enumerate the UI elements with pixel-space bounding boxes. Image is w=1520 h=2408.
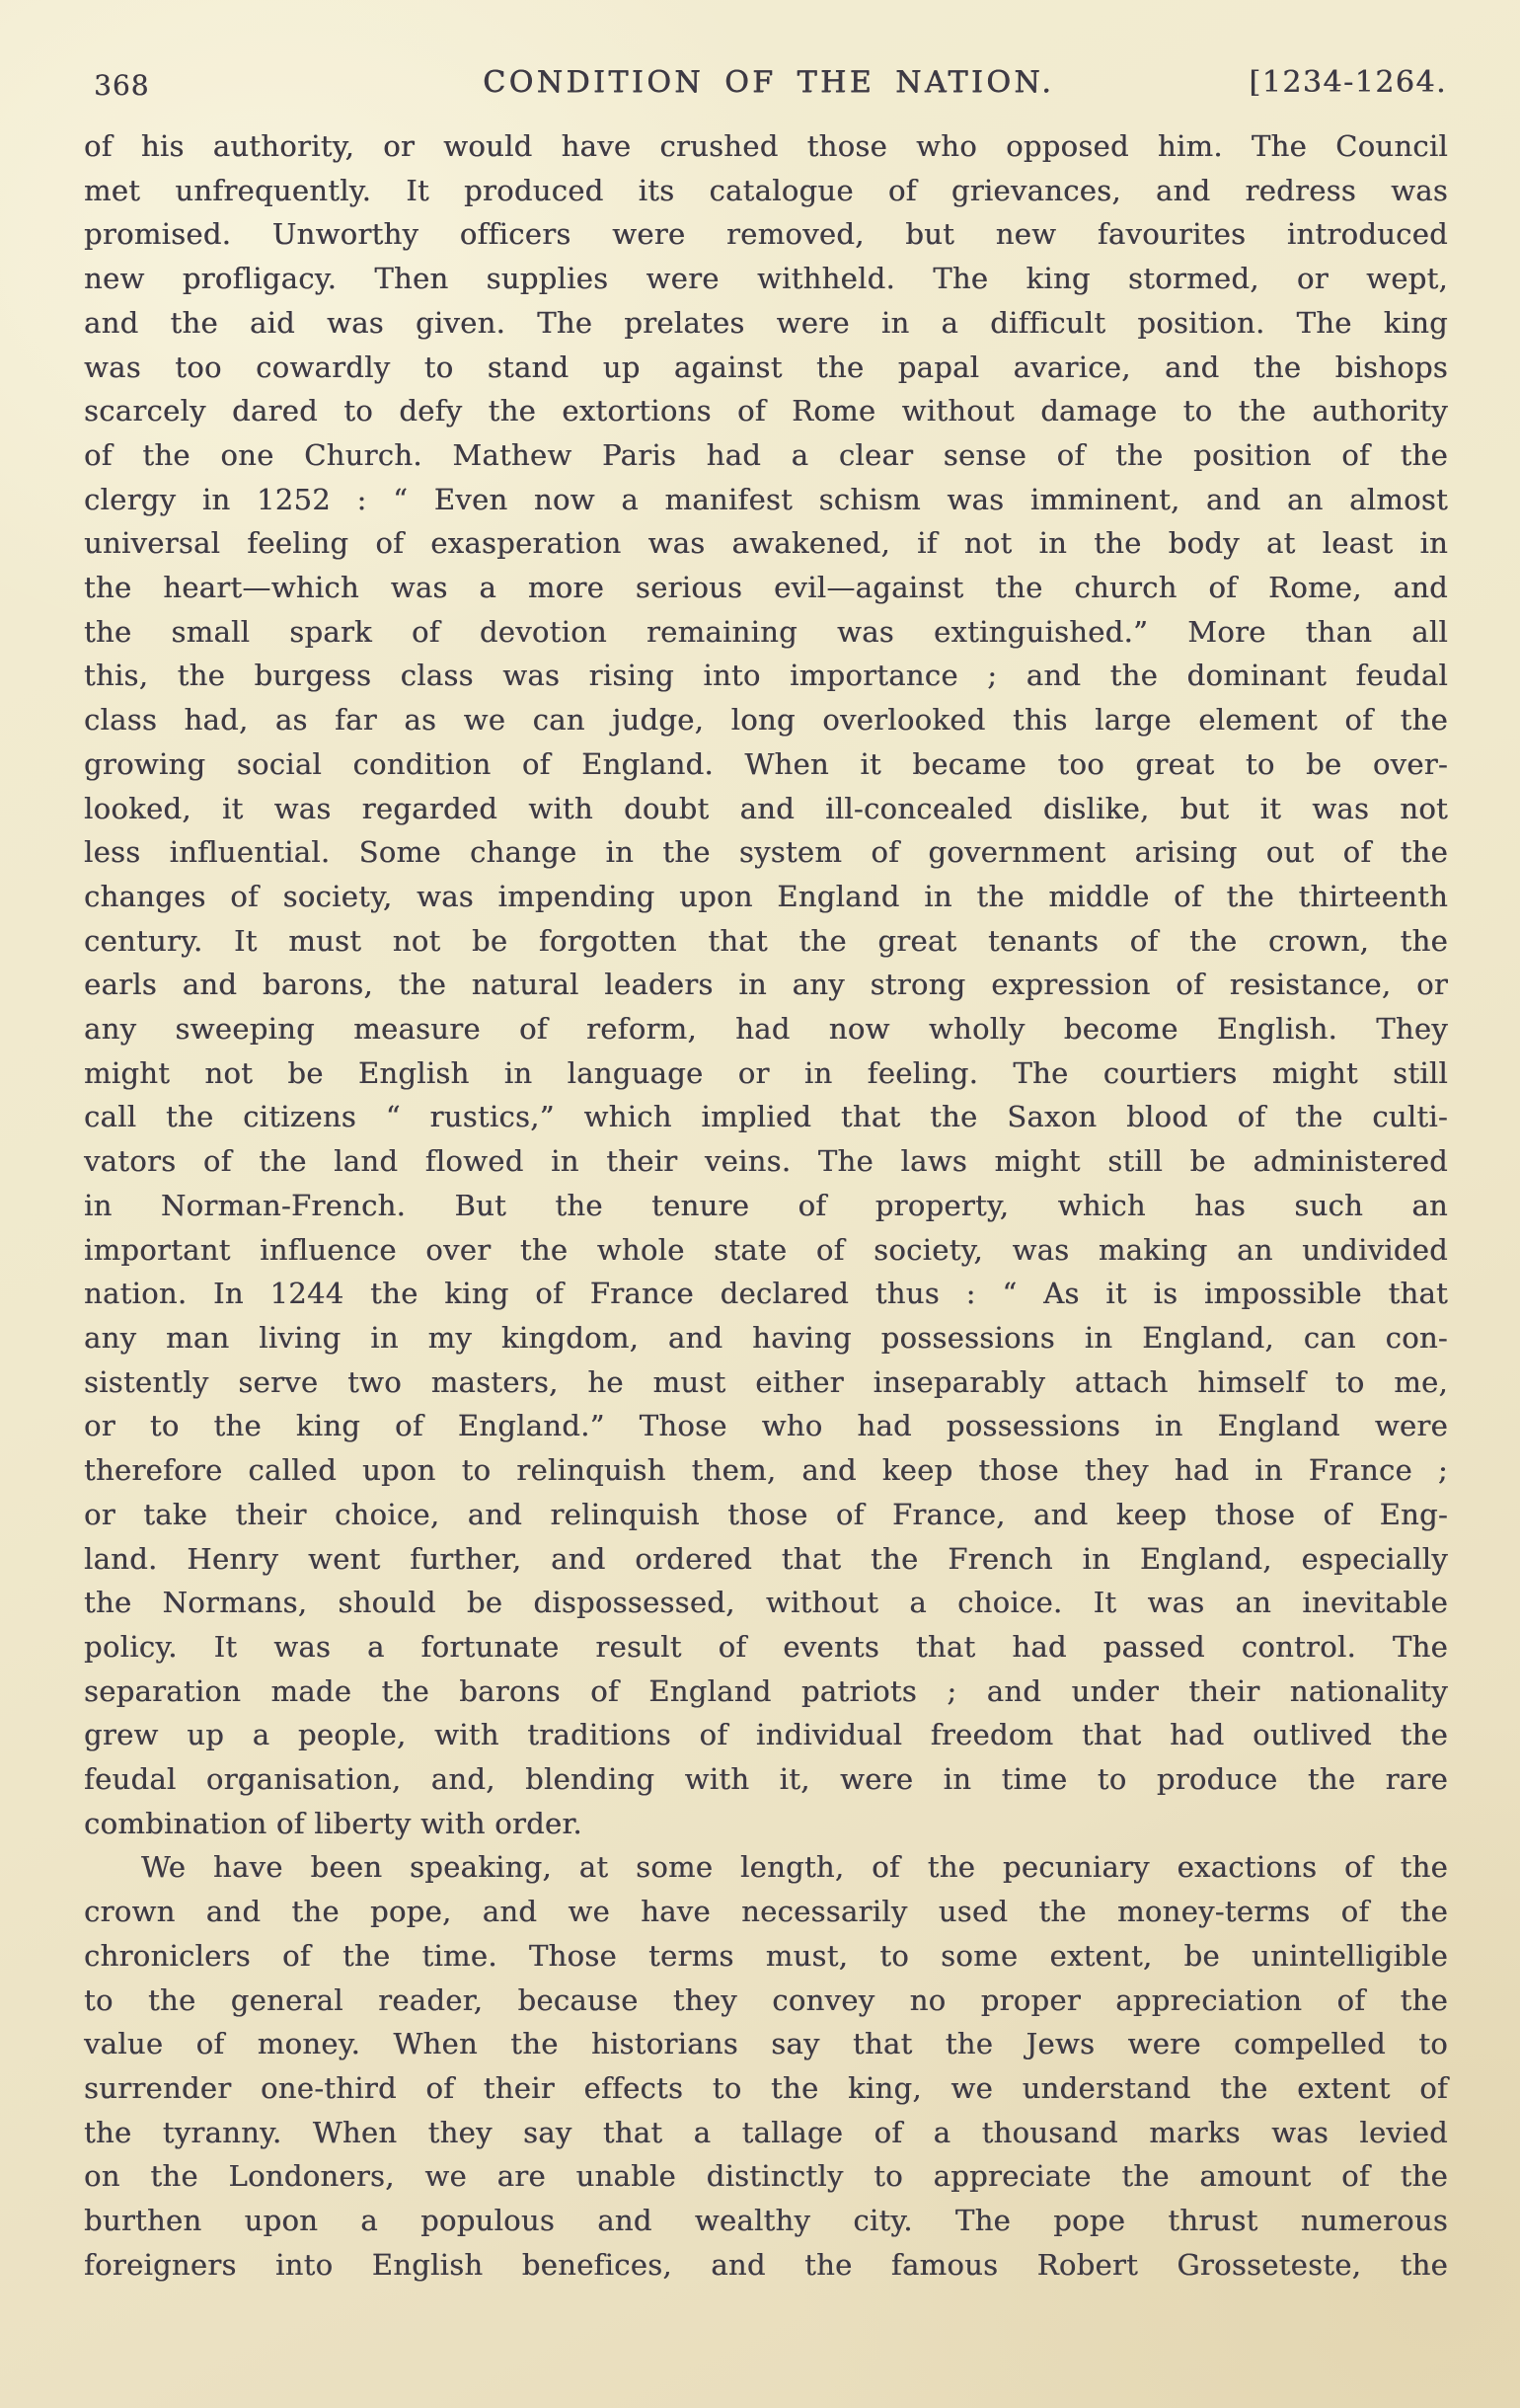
text-line: important influence over the whole state… [84, 1228, 1448, 1273]
text-line: grew up a people, with traditions of ind… [84, 1713, 1448, 1757]
book-page: 368 CONDITION OF THE NATION. [1234-1264.… [0, 0, 1520, 2408]
text-line: the small spark of devotion remaining wa… [84, 610, 1448, 655]
text-line: call the citizens “ rustics,” which impl… [84, 1095, 1448, 1139]
text-line: on the Londoners, we are unable distinct… [84, 2154, 1448, 2199]
text-line: the heart—which was a more serious evil—… [84, 566, 1448, 610]
text-line: We have been speaking, at some length, o… [84, 1845, 1448, 1890]
text-line: any man living in my kingdom, and having… [84, 1316, 1448, 1360]
text-line: earls and barons, the natural leaders in… [84, 963, 1448, 1007]
text-line: feudal organisation, and, blending with … [84, 1757, 1448, 1802]
text-line: combination of liberty with order. [84, 1802, 1448, 1846]
text-line: therefore called upon to relinquish them… [84, 1448, 1448, 1493]
text-line: the tyranny. When they say that a tallag… [84, 2111, 1448, 2155]
header-date-range: [1234-1264. [1249, 65, 1447, 100]
text-line: in Norman-French. But the tenure of prop… [84, 1184, 1448, 1228]
text-line: surrender one-third of their effects to … [84, 2066, 1448, 2111]
text-line: new profligacy. Then supplies were withh… [84, 257, 1448, 301]
page-number: 368 [94, 69, 149, 102]
text-line: or to the king of England.” Those who ha… [84, 1404, 1448, 1448]
text-line: and the aid was given. The prelates were… [84, 301, 1448, 346]
text-line: to the general reader, because they conv… [84, 1979, 1448, 2023]
text-line: or take their choice, and relinquish tho… [84, 1493, 1448, 1537]
text-line: this, the burgess class was rising into … [84, 654, 1448, 698]
text-line: clergy in 1252 : “ Even now a manifest s… [84, 478, 1448, 522]
text-line: growing social condition of England. Whe… [84, 742, 1448, 787]
text-line: of his authority, or would have crushed … [84, 124, 1448, 169]
text-line: promised. Unworthy officers were removed… [84, 212, 1448, 257]
text-line: separation made the barons of England pa… [84, 1670, 1448, 1714]
text-line: looked, it was regarded with doubt and i… [84, 787, 1448, 831]
text-line: class had, as far as we can judge, long … [84, 698, 1448, 742]
page-header: 368 CONDITION OF THE NATION. [1234-1264. [0, 65, 1520, 109]
text-line: policy. It was a fortunate result of eve… [84, 1625, 1448, 1670]
text-line: any sweeping measure of reform, had now … [84, 1007, 1448, 1051]
text-line: foreigners into English benefices, and t… [84, 2243, 1448, 2288]
text-line: scarcely dared to defy the extortions of… [84, 389, 1448, 433]
text-line: crown and the pope, and we have necessar… [84, 1890, 1448, 1934]
text-line: changes of society, was impending upon E… [84, 875, 1448, 919]
text-line: burthen upon a populous and wealthy city… [84, 2199, 1448, 2243]
text-line: value of money. When the historians say … [84, 2022, 1448, 2066]
text-line: of the one Church. Mathew Paris had a cl… [84, 433, 1448, 478]
text-line: vators of the land flowed in their veins… [84, 1139, 1448, 1184]
text-line: land. Henry went further, and ordered th… [84, 1537, 1448, 1582]
text-line: century. It must not be forgotten that t… [84, 919, 1448, 964]
text-line: might not be English in language or in f… [84, 1051, 1448, 1096]
text-line: sistently serve two masters, he must eit… [84, 1360, 1448, 1405]
text-line: nation. In 1244 the king of France decla… [84, 1272, 1448, 1316]
text-line: met unfrequently. It produced its catalo… [84, 169, 1448, 213]
running-title: CONDITION OF THE NATION. [483, 65, 1054, 100]
text-line: chroniclers of the time. Those terms mus… [84, 1934, 1448, 1979]
text-line: the Normans, should be dispossessed, wit… [84, 1581, 1448, 1625]
page-text: of his authority, or would have crushed … [84, 124, 1448, 2287]
text-line: universal feeling of exasperation was aw… [84, 521, 1448, 566]
text-line: was too cowardly to stand up against the… [84, 346, 1448, 390]
text-line: less influential. Some change in the sys… [84, 830, 1448, 875]
